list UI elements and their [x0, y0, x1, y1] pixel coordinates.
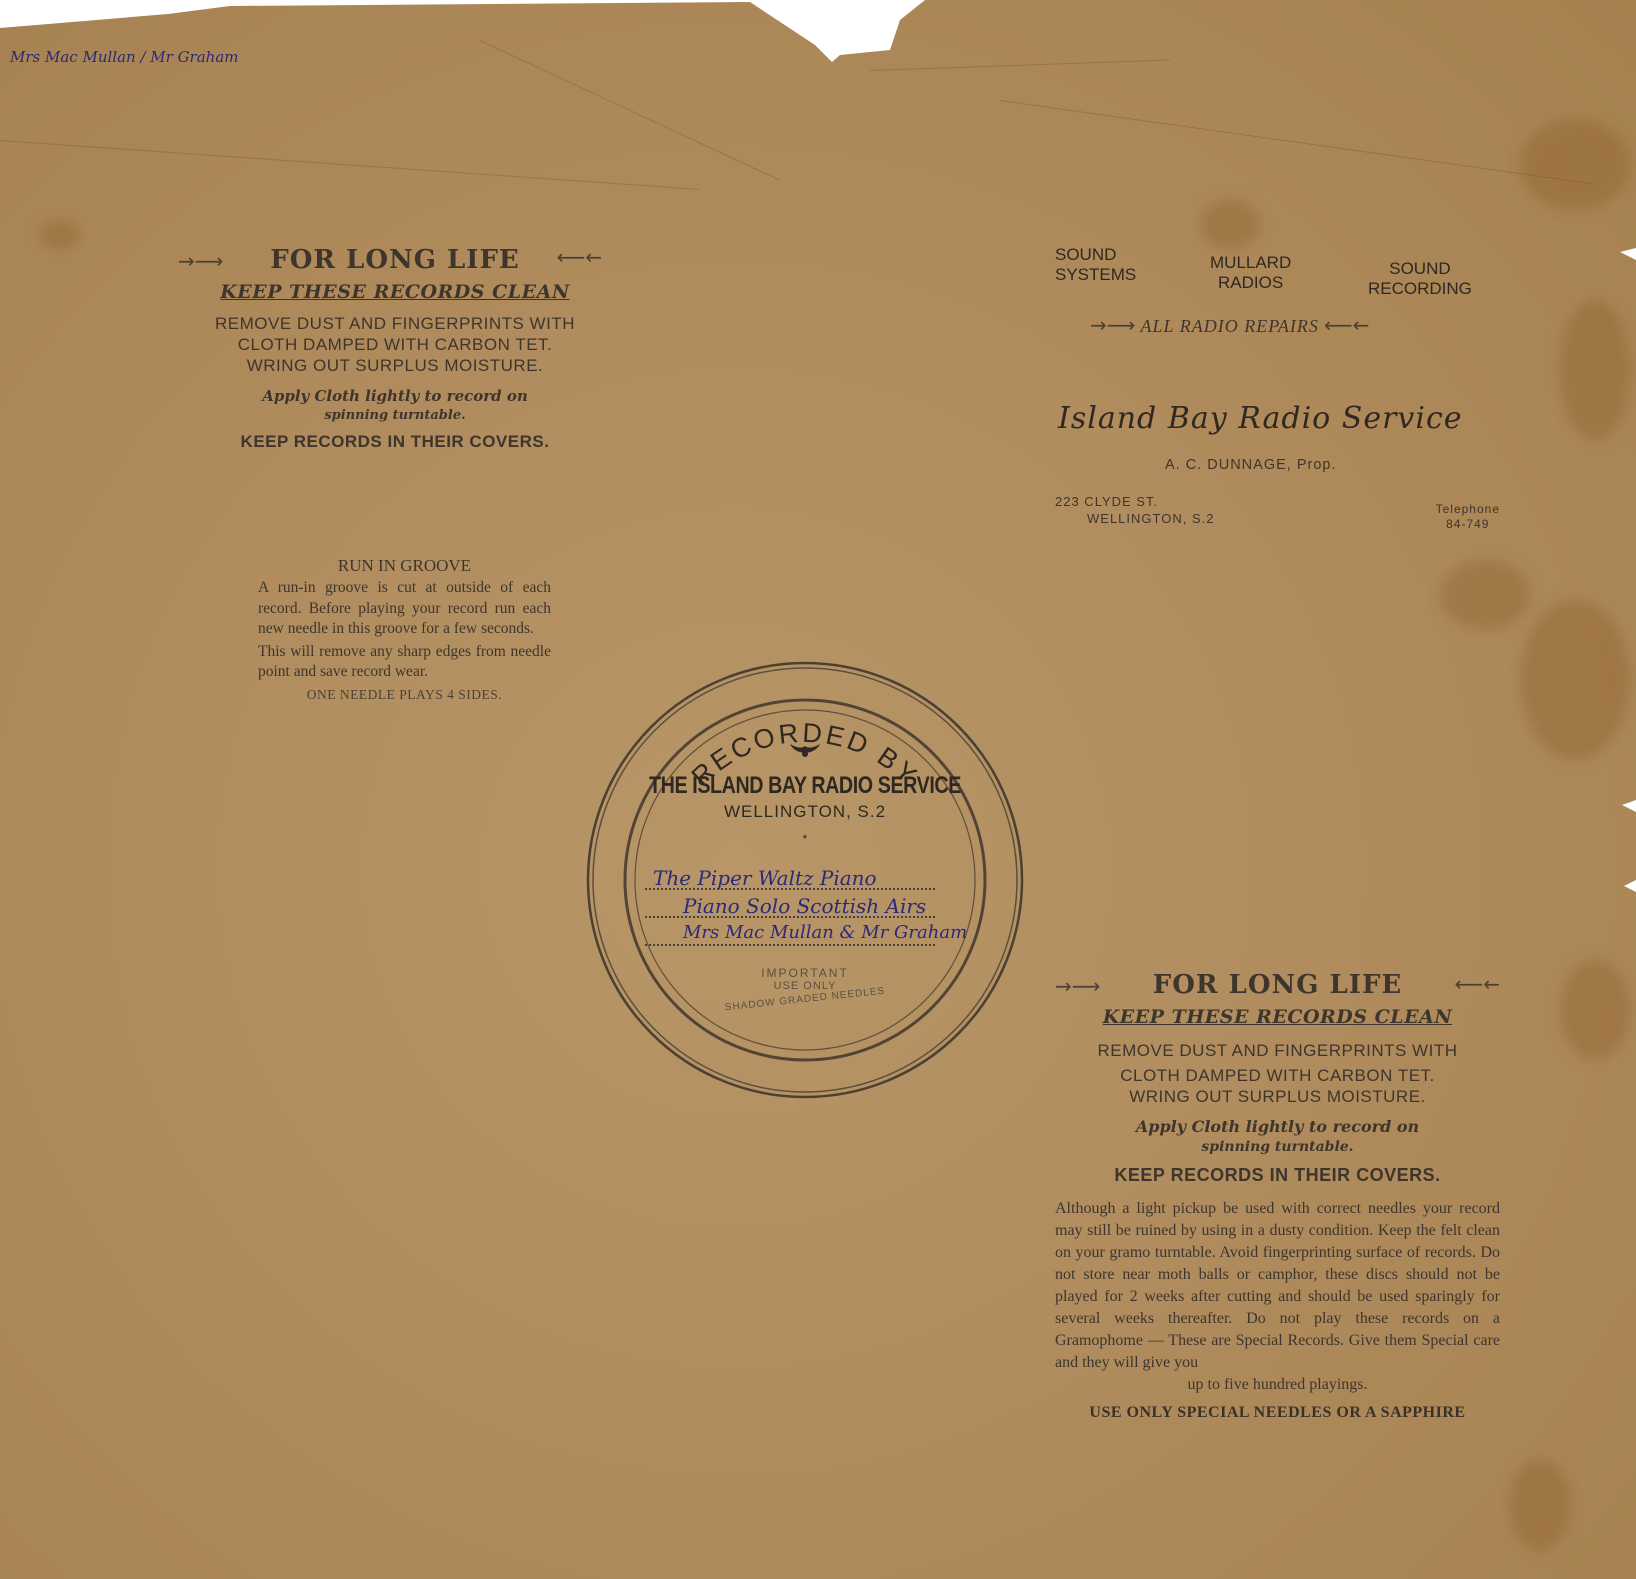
record-sleeve: Mrs Mac Mullan / Mr Graham →⟶ FOR LONG L… [0, 0, 1636, 1579]
service-sound-recording: SOUND RECORDING [1368, 259, 1472, 299]
left-apply-1: Apply Cloth lightly to record on [170, 386, 620, 406]
right-covers: KEEP RECORDS IN THEIR COVERS. [1055, 1165, 1500, 1186]
right-footer: USE ONLY SPECIAL NEEDLES OR A SAPPHIRE [1055, 1404, 1500, 1422]
right-apply-2: spinning turntable. [1055, 1137, 1500, 1157]
all-radio-repairs: ALL RADIO REPAIRS [1141, 316, 1319, 336]
ornament-arrow-left-icon: →⟶ [178, 249, 223, 273]
service-mullard-radios: MULLARD RADIOS [1210, 253, 1291, 293]
left-line-1: REMOVE DUST AND FINGERPRINTS WITH [170, 313, 620, 334]
right-subtitle: KEEP THESE RECORDS CLEAN [1055, 1006, 1500, 1028]
right-care-paragraph-end: up to five hundred playings. [1055, 1374, 1500, 1396]
seal-handwritten-description: Piano Solo Scottish Airs [683, 894, 926, 918]
seal-location: WELLINGTON, S.2 [585, 802, 1025, 822]
left-covers: KEEP RECORDS IN THEIR COVERS. [170, 432, 620, 452]
right-line-2: CLOTH DAMPED WITH CARBON TET. [1055, 1065, 1500, 1086]
left-line-3: WRING OUT SURPLUS MOISTURE. [170, 355, 620, 376]
run-in-groove-title: RUN IN GROOVE [258, 556, 551, 576]
service-sound-systems: SOUND SYSTEMS [1055, 245, 1136, 285]
right-line-3: WRING OUT SURPLUS MOISTURE. [1055, 1086, 1500, 1107]
run-in-groove-paragraph-2: This will remove any sharp edges from ne… [258, 642, 551, 683]
right-care-paragraph: Although a light pickup be used with cor… [1055, 1198, 1500, 1374]
seal-handwritten-performers: Mrs Mac Mullan & Mr Graham [683, 922, 967, 943]
left-care-panel: →⟶ FOR LONG LIFE ⟵← KEEP THESE RECORDS C… [170, 245, 620, 452]
right-title: FOR LONG LIFE [1153, 970, 1402, 1000]
ornament-arrow-left-icon: →⟶ [1090, 313, 1135, 337]
stain [1200, 200, 1260, 250]
run-in-groove-panel: RUN IN GROOVE A run-in groove is cut at … [258, 556, 551, 703]
ornament-arrow-right-icon: ⟵← [1455, 972, 1500, 996]
telephone: Telephone 84-749 [1436, 502, 1500, 532]
business-name: Island Bay Radio Service [1058, 401, 1463, 436]
ornament-arrow-right-icon: ⟵← [1324, 313, 1369, 337]
repairs-line: →⟶ ALL RADIO REPAIRS ⟵← [1090, 313, 1369, 337]
stain [1440, 560, 1530, 630]
business-header: SOUND SYSTEMS MULLARD RADIOS SOUND RECOR… [1050, 245, 1500, 535]
run-in-groove-paragraph-1: A run-in groove is cut at outside of eac… [258, 578, 551, 640]
seal-line-3 [645, 944, 935, 946]
crease [480, 40, 780, 180]
seal-handwritten-title: The Piper Waltz Piano [653, 866, 877, 890]
seal-business-name: THE ISLAND BAY RADIO SERVICE [625, 772, 986, 800]
right-apply-1: Apply Cloth lightly to record on [1055, 1117, 1500, 1137]
stain [40, 220, 80, 250]
left-subtitle: KEEP THESE RECORDS CLEAN [170, 281, 620, 303]
stain [1520, 120, 1630, 210]
left-line-2: CLOTH DAMPED WITH CARBON TET. [170, 334, 620, 355]
stain [1560, 960, 1630, 1060]
top-handwritten-annotation: Mrs Mac Mullan / Mr Graham [10, 48, 239, 66]
run-in-groove-footer: ONE NEEDLE PLAYS 4 SIDES. [258, 687, 551, 703]
stain [1510, 1460, 1570, 1550]
recorded-by-seal: RECORDED BY THE ISLAND BAY RADIO SERVICE… [585, 660, 1025, 1100]
ornament-arrow-left-icon: →⟶ [1055, 974, 1100, 998]
proprietor: A. C. DUNNAGE, Prop. [1165, 457, 1336, 474]
address: 223 CLYDE ST. WELLINGTON, S.2 [1055, 493, 1214, 527]
right-care-panel: →⟶ FOR LONG LIFE ⟵← KEEP THESE RECORDS C… [1055, 970, 1500, 1422]
right-line-1: REMOVE DUST AND FINGERPRINTS WITH [1055, 1040, 1500, 1061]
seal-star: * [585, 832, 1025, 846]
crease [1000, 100, 1594, 184]
ornament-arrow-right-icon: ⟵← [557, 245, 602, 269]
left-title: FOR LONG LIFE [270, 245, 519, 275]
stain [1560, 300, 1630, 440]
crease [0, 140, 698, 190]
left-apply-2: spinning turntable. [170, 406, 620, 426]
stain [1520, 600, 1630, 760]
crease [870, 60, 1170, 71]
